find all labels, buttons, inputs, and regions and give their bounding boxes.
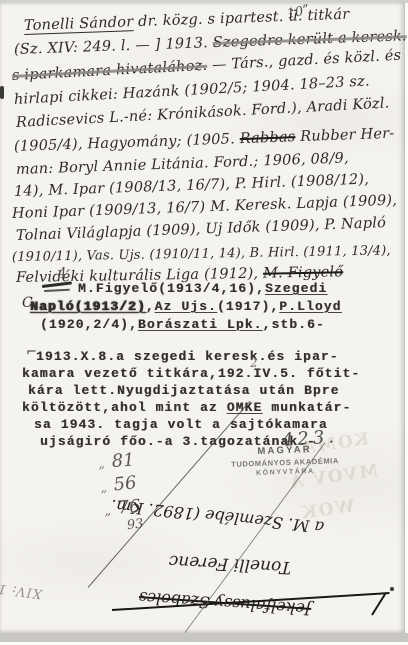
- text-segment: P.Lloyd: [279, 299, 341, 314]
- text-segment: ,stb.6-: [263, 317, 325, 332]
- pencil-date-correction: 2: [249, 355, 258, 370]
- index-card-paper: KOMAMVOV AWOK 10ʺ Tonelli Sándor dr. köz…: [0, 2, 405, 633]
- pencil-number-row: „81: [97, 449, 135, 473]
- text-segment: 1913.X.8.a szegedi keresk.és ipar-: [36, 349, 339, 364]
- text-segment: Az Ujs.: [155, 299, 217, 314]
- pencil-insert-mark: 4: [57, 265, 68, 282]
- text-segment: Rabbas: [239, 129, 295, 147]
- text-segment: — Társ., gazd. és közl. és: [207, 48, 402, 74]
- ditto-mark: [119, 519, 121, 534]
- text-segment: (Sz. XIV: 249. l. — ] 1913.: [14, 35, 213, 58]
- inverted-handwritten-line: Tonelli Ferenc: [150, 550, 311, 578]
- handwritten-line: Tonelli Sándor dr. közg. s ipartest. ü. …: [24, 7, 350, 34]
- ditto-mark: „: [99, 480, 107, 496]
- pencil-rotated-number: XIV: 182: [0, 578, 43, 601]
- typed-line: M.Figyelő(1913/4,16),Szegedi: [78, 281, 327, 296]
- text-segment: Szegedi: [265, 281, 327, 296]
- pencil-number-value: 56: [113, 472, 138, 495]
- text-segment: kamara vezető titkára,192.IV.5. főtit-: [22, 366, 360, 381]
- text-segment: Tonelli Ferenc: [168, 551, 291, 577]
- typed-line: kára lett.Nyugdijaztatása után Bpre: [28, 383, 340, 398]
- text-segment: költözött,ahol mint az: [22, 400, 227, 415]
- typed-line: (1920,2/4),Borászati Lpk.,stb.6-: [40, 317, 325, 332]
- scanner-edge-bottom: [0, 633, 408, 642]
- text-segment: Tonelli Sándor: [24, 14, 134, 34]
- text-segment: s iparkamara hivatalához.: [12, 58, 208, 84]
- typed-line: 1913.X.8.a szegedi keresk.és ipar-: [36, 349, 339, 364]
- ink-dot: [390, 587, 394, 591]
- ditto-mark: „: [98, 457, 106, 472]
- ink-scribble-strike: [44, 289, 70, 292]
- text-segment: Rubber Her-: [295, 126, 395, 145]
- text-segment: M. Figyelő: [263, 264, 343, 281]
- text-segment: (1905/4), Hagyomány; (1905.: [14, 131, 240, 155]
- library-stamp: MAGYAR TUDOMÁNYOS AKADÉMIA KÖNYVTÁRA: [216, 443, 355, 479]
- text-segment: ,: [146, 299, 155, 314]
- typed-line: kamara vezető titkára,192.IV.5. főtit-: [22, 366, 360, 381]
- text-segment: kára lett.Nyugdijaztatása után Bpre: [28, 383, 340, 398]
- handwritten-line: (1910/11), Vas. Ujs. (1910/11, 14), B. H…: [12, 243, 391, 265]
- edge-ink-speck: [0, 86, 4, 99]
- text-segment: Szegedre került a keresk.: [212, 28, 407, 51]
- text-segment: (1910/11), Vas. Ujs. (1910/11, 14), B. H…: [12, 243, 391, 265]
- ink-strike-hook: [371, 592, 386, 615]
- text-segment: munkatár-: [262, 400, 351, 415]
- text-segment: M.Figyelő(1913/4,16),: [78, 281, 265, 296]
- text-segment: Napló(1913/2): [30, 299, 146, 314]
- text-segment: Borászati Lpk.: [138, 317, 263, 332]
- typed-line: költözött,ahol mint az OMKE munkatár-: [22, 400, 351, 415]
- text-segment: (1917),: [217, 299, 279, 314]
- text-segment: (1920,2/4),: [40, 317, 138, 332]
- pencil-number-row: „56: [99, 472, 138, 497]
- scanned-index-card: { "card": { "corner_note": "10ʺ", "shelf…: [0, 0, 408, 645]
- text-segment: dr. közg. s ipartest. ü. titkár: [133, 7, 350, 31]
- pencil-number-value: 81: [111, 449, 135, 472]
- typed-line: Napló(1913/2),Az Ujs.(1917),P.Lloyd: [30, 299, 342, 314]
